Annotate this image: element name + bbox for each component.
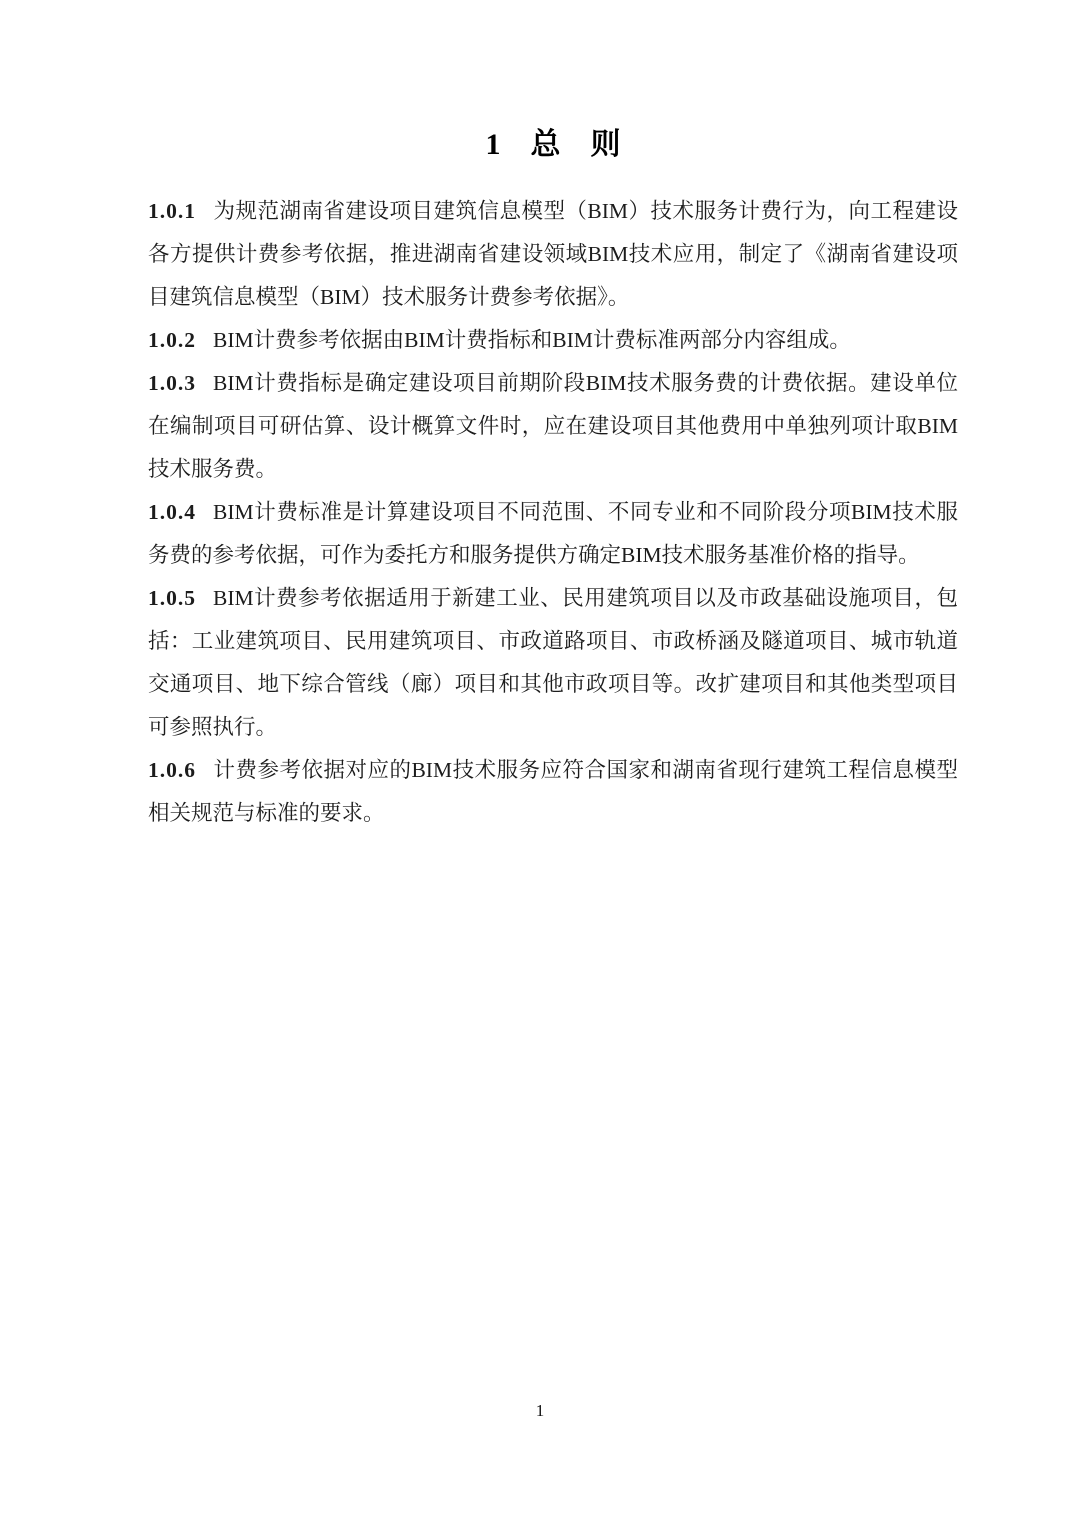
document-content: 1 总 则 1.0.1为规范湖南省建设项目建筑信息模型（BIM）技术服务计费行为… xyxy=(148,122,958,835)
section-text: 为规范湖南省建设项目建筑信息模型（BIM）技术服务计费行为，向工程建设各方提供计… xyxy=(148,199,958,309)
page-number: 1 xyxy=(0,1401,1080,1421)
section-paragraph: 1.0.3BIM计费指标是确定建设项目前期阶段BIM技术服务费的计费依据。建设单… xyxy=(148,362,958,491)
section-text: BIM计费标准是计算建设项目不同范围、不同专业和不同阶段分项BIM技术服务费的参… xyxy=(148,500,958,567)
section-paragraph: 1.0.5BIM计费参考依据适用于新建工业、民用建筑项目以及市政基础设施项目，包… xyxy=(148,577,958,749)
section-paragraph: 1.0.2BIM计费参考依据由BIM计费指标和BIM计费标准两部分内容组成。 xyxy=(148,319,958,362)
section-text: BIM计费参考依据由BIM计费指标和BIM计费标准两部分内容组成。 xyxy=(213,328,851,352)
section-number: 1.0.5 xyxy=(148,586,213,610)
section-text: 计费参考依据对应的BIM技术服务应符合国家和湖南省现行建筑工程信息模型相关规范与… xyxy=(148,758,958,825)
section-text: BIM计费参考依据适用于新建工业、民用建筑项目以及市政基础设施项目，包括：工业建… xyxy=(148,586,958,739)
section-paragraph: 1.0.6计费参考依据对应的BIM技术服务应符合国家和湖南省现行建筑工程信息模型… xyxy=(148,749,958,835)
section-number: 1.0.4 xyxy=(148,500,213,524)
section-text: BIM计费指标是确定建设项目前期阶段BIM技术服务费的计费依据。建设单位在编制项… xyxy=(148,371,958,481)
section-number: 1.0.1 xyxy=(148,199,213,223)
document-page: 1 总 则 1.0.1为规范湖南省建设项目建筑信息模型（BIM）技术服务计费行为… xyxy=(0,0,1080,1527)
section-number: 1.0.6 xyxy=(148,758,213,782)
document-body: 1.0.1为规范湖南省建设项目建筑信息模型（BIM）技术服务计费行为，向工程建设… xyxy=(148,190,958,835)
page-title: 1 总 则 xyxy=(148,122,958,168)
section-paragraph: 1.0.4BIM计费标准是计算建设项目不同范围、不同专业和不同阶段分项BIM技术… xyxy=(148,491,958,577)
section-number: 1.0.2 xyxy=(148,328,213,352)
section-paragraph: 1.0.1为规范湖南省建设项目建筑信息模型（BIM）技术服务计费行为，向工程建设… xyxy=(148,190,958,319)
section-number: 1.0.3 xyxy=(148,371,213,395)
